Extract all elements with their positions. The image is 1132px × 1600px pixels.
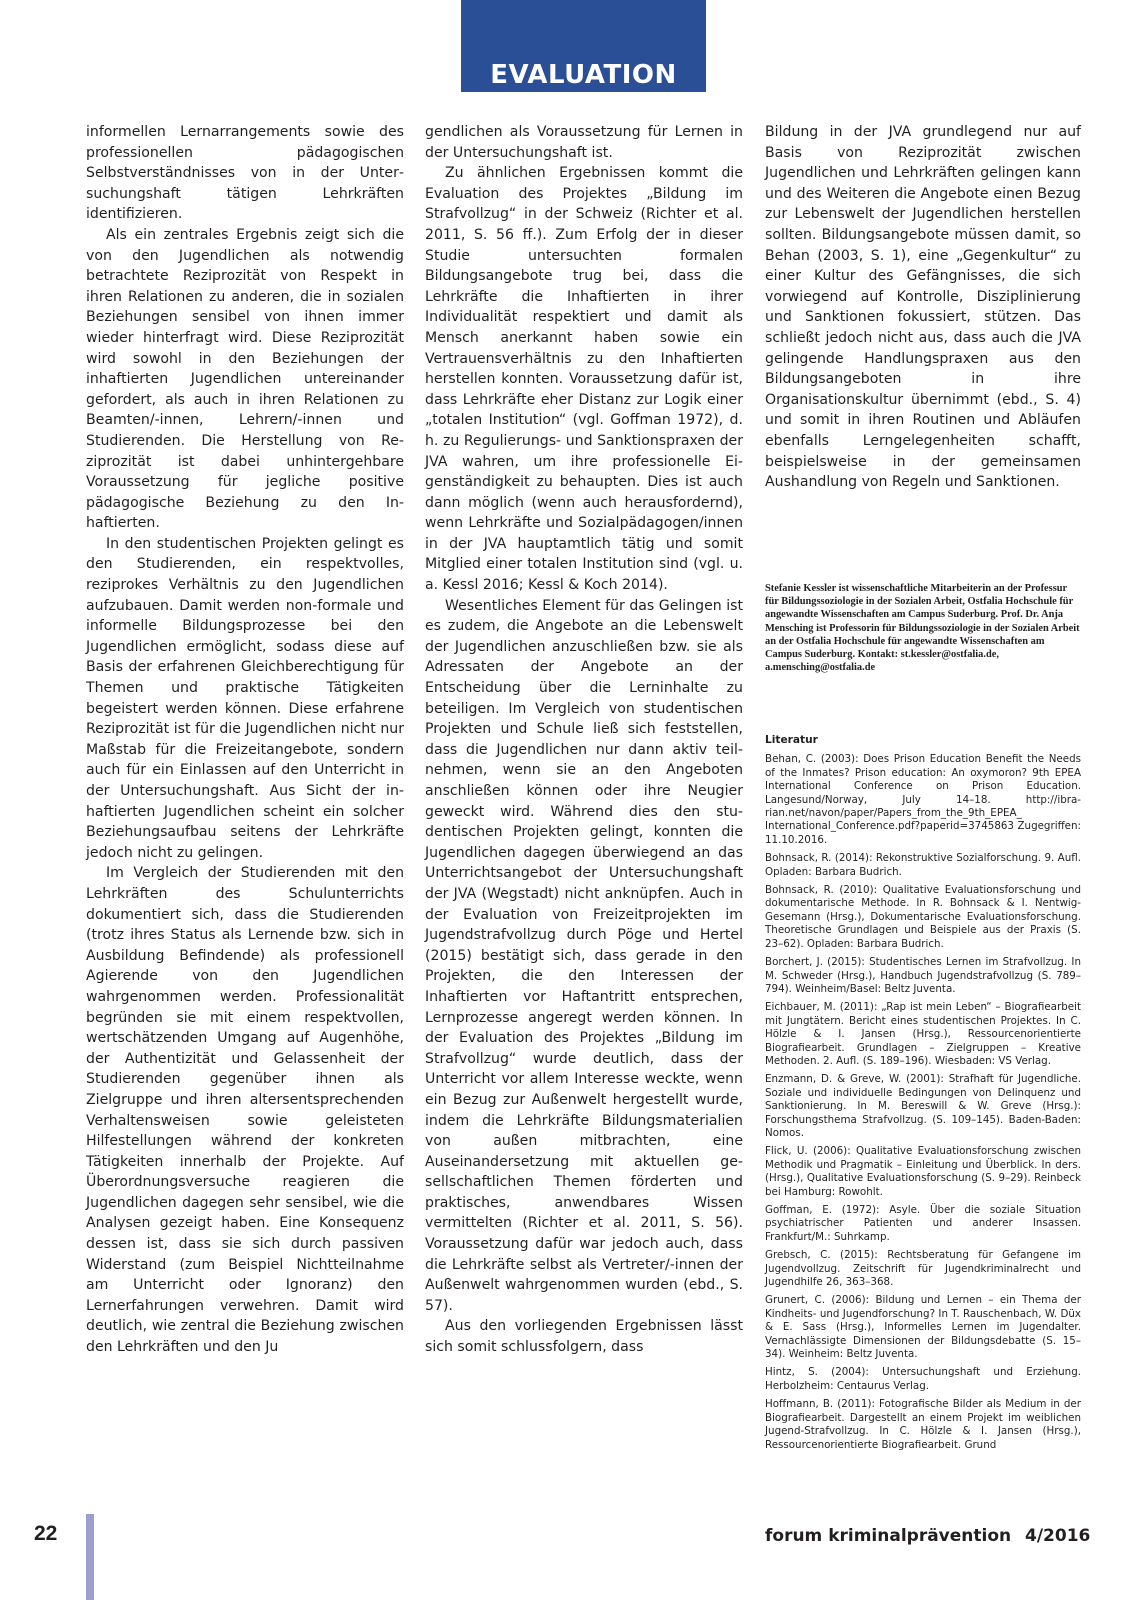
reference-item: Flick, U. (2006): Qualitative Evaluation…: [765, 1145, 1081, 1199]
reference-item: Hintz, S. (2004): Untersuchungshaft und …: [765, 1366, 1081, 1393]
paragraph: In den studentischen Projekten ge­lingt …: [86, 534, 404, 864]
page-number: 22: [34, 1522, 57, 1546]
reference-item: Grunert, C. (2006): Bildung und Lernen –…: [765, 1294, 1081, 1361]
paragraph: gendlichen als Voraussetzung für Ler­nen…: [425, 122, 743, 163]
paragraph: informellen Lernarrangements sowie des p…: [86, 122, 404, 225]
article-column-left: informellen Lernarrangements sowie des p…: [86, 122, 404, 1358]
reference-item: Hoffmann, B. (2011): Fotografische Bilde…: [765, 1398, 1081, 1452]
reference-item: Bohnsack, R. (2010): Qualitative Evaluat…: [765, 884, 1081, 951]
reference-item: Grebsch, C. (2015): Rechtsberatung für G…: [765, 1249, 1081, 1289]
issue-number: 4/2016: [1025, 1526, 1090, 1546]
paragraph: Als ein zentrales Ergebnis zeigt sich di…: [86, 225, 404, 534]
reference-item: Behan, C. (2003): Does Prison Education …: [765, 753, 1081, 847]
reference-item: Borchert, J. (2015): Studentisches Lerne…: [765, 956, 1081, 996]
paragraph: Aus den vorliegenden Ergebnissen lässt s…: [425, 1316, 743, 1357]
literature-list: Literatur Behan, C. (2003): Does Prison …: [765, 734, 1081, 1457]
paragraph: Wesentliches Element für das Gelin­gen i…: [425, 596, 743, 1317]
paragraph: Bildung in der JVA grundlegend nur auf B…: [765, 122, 1081, 493]
reference-item: Eichbauer, M. (2011): „Rap ist mein Lebe…: [765, 1001, 1081, 1068]
article-column-middle: gendlichen als Voraussetzung für Ler­nen…: [425, 122, 743, 1358]
section-banner: EVALUATION: [461, 0, 706, 92]
reference-item: Goffman, E. (1972): Asyle. Über die sozi…: [765, 1204, 1081, 1244]
paragraph: Im Vergleich der Studierenden mit den Le…: [86, 863, 404, 1357]
journal-title: forum kriminalprävention: [765, 1526, 1011, 1546]
paragraph: Zu ähnlichen Ergebnissen kommt die Evalu…: [425, 163, 743, 595]
reference-item: Enzmann, D. & Greve, W. (2001): Strafhaf…: [765, 1073, 1081, 1140]
footer-accent-bar: [86, 1514, 94, 1600]
section-label: EVALUATION: [490, 60, 677, 90]
author-note: Stefanie Kessler ist wissenschaftliche M…: [765, 582, 1081, 674]
reference-item: Bohnsack, R. (2014): Rekonstruktive Sozi…: [765, 852, 1081, 879]
article-column-right: Bildung in der JVA grundlegend nur auf B…: [765, 122, 1081, 493]
literature-heading: Literatur: [765, 734, 1081, 747]
